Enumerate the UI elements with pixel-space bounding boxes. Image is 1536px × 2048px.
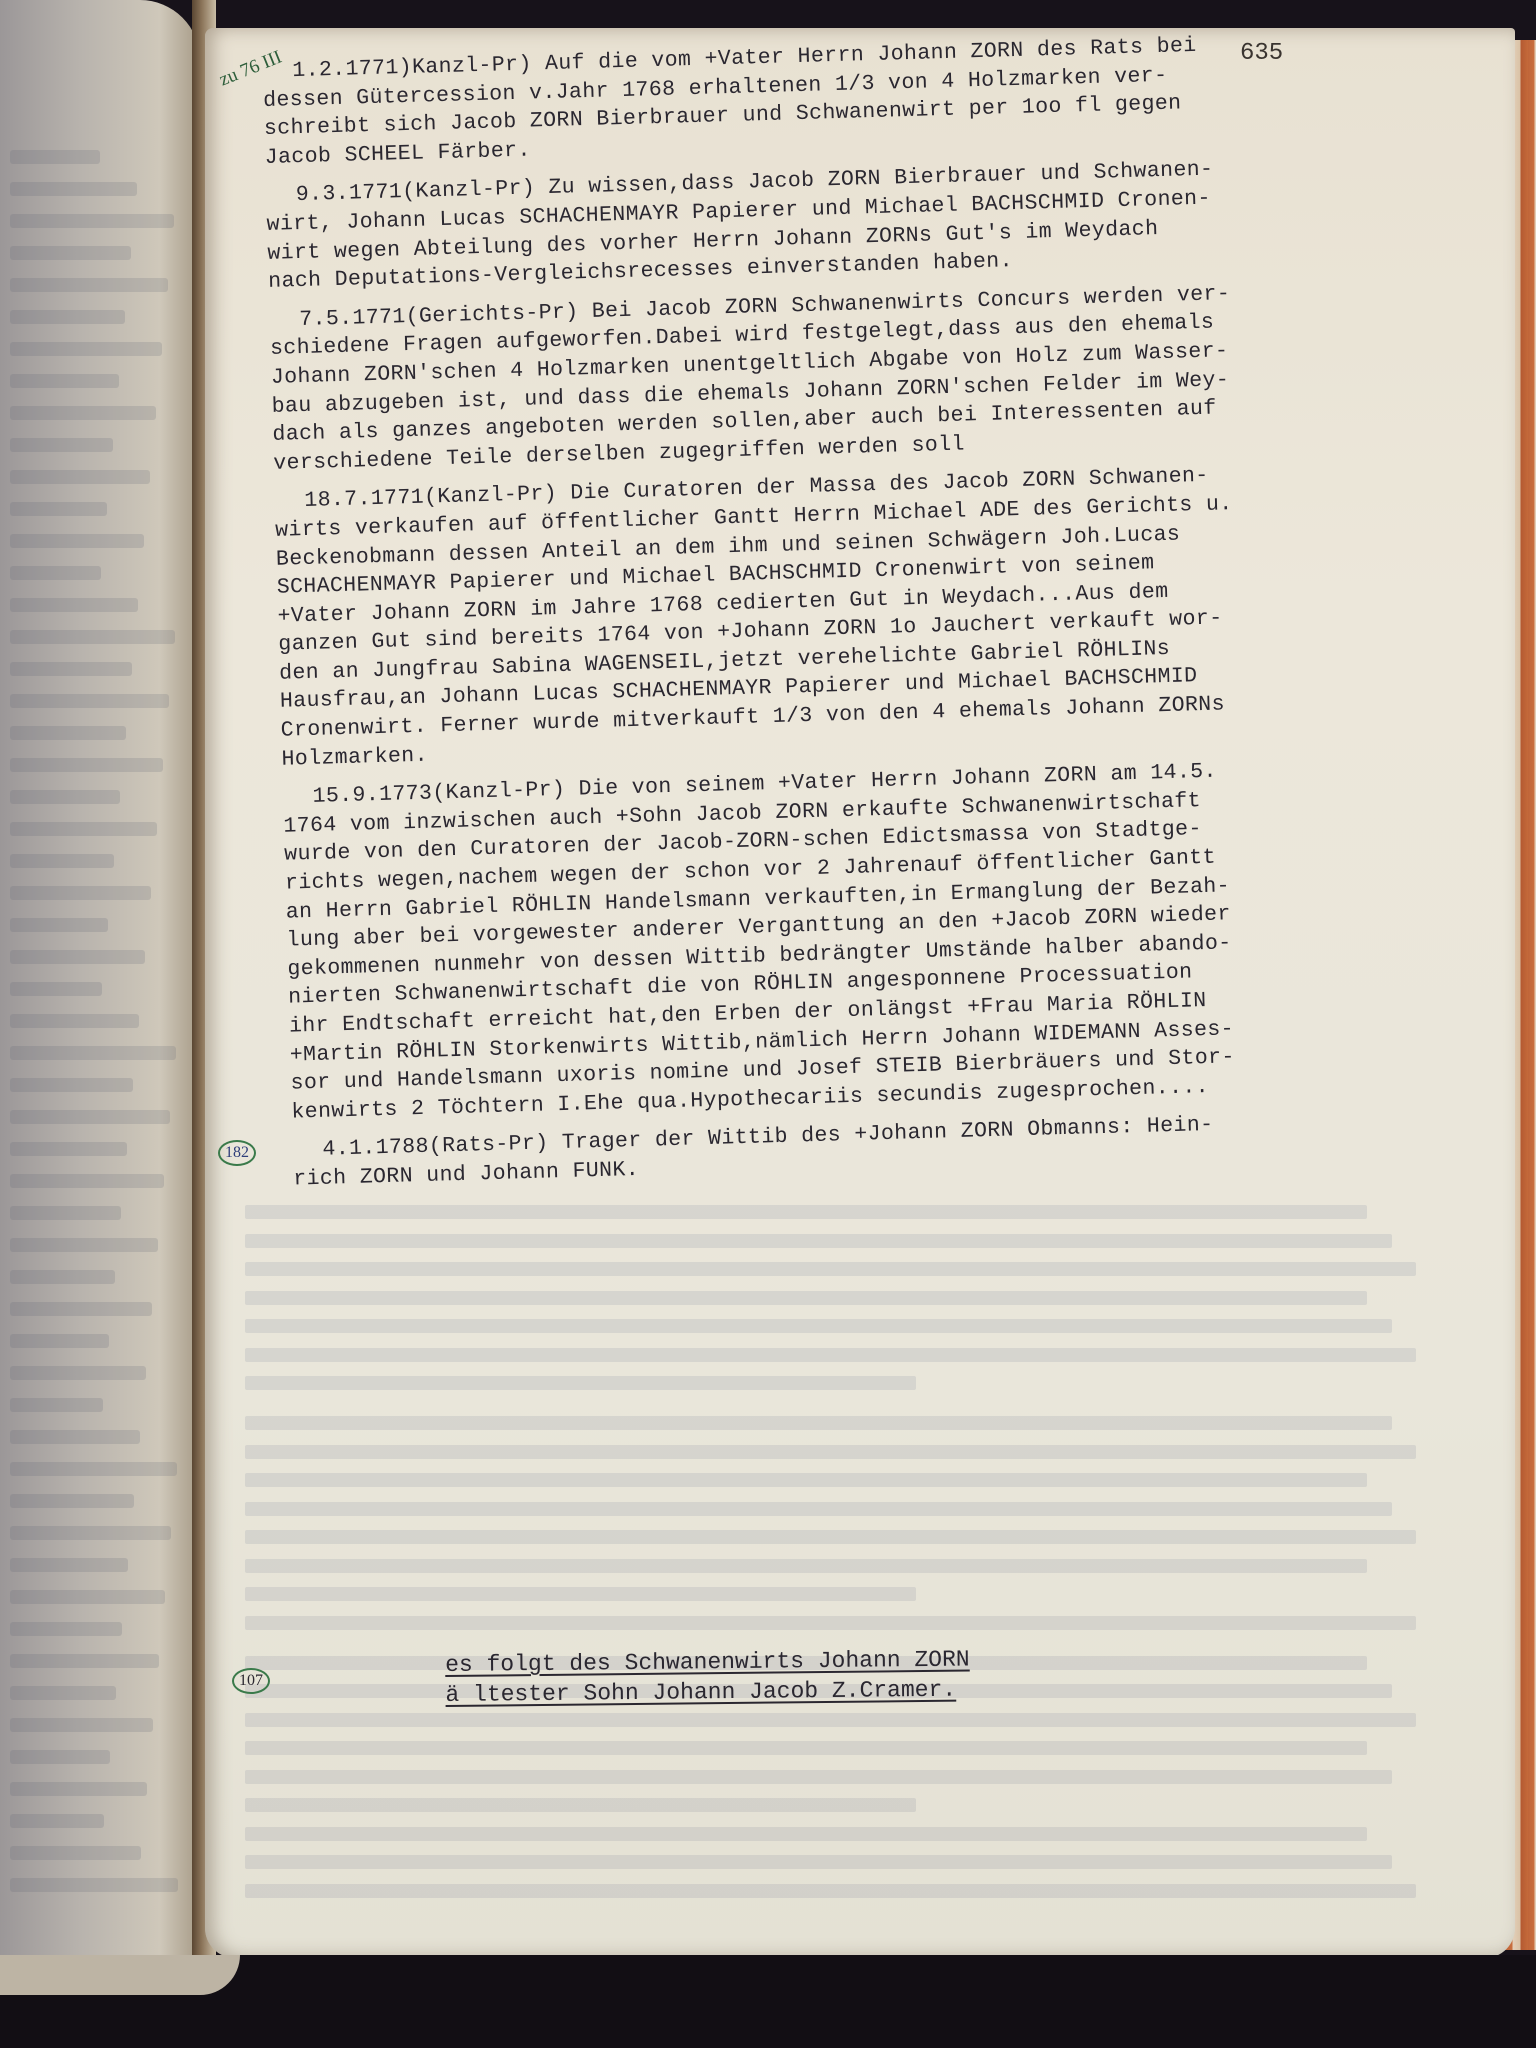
footer-line: ä ltester Sohn Johann Jacob Z.Cramer. bbox=[445, 1675, 970, 1710]
record-entry: 9.3.1771(Kanzl-Pr) Zu wissen,dass Jacob … bbox=[265, 149, 1448, 296]
margin-circle-note: 107 bbox=[232, 1668, 270, 1694]
typewritten-entries: 1.2.1771)Kanzl-Pr) Auf die vom +Vater He… bbox=[262, 25, 1474, 1204]
bleed-through-text bbox=[245, 1205, 1465, 1905]
record-entry: 7.5.1771(Gerichts-Pr) Bei Jacob ZORN Sch… bbox=[269, 274, 1453, 478]
record-entry: 18.7.1771(Kanzl-Pr) Die Curatoren der Ma… bbox=[274, 455, 1462, 774]
left-facing-page bbox=[0, 0, 200, 1975]
left-page-curl bbox=[0, 1955, 240, 1995]
continuation-note: es folgt des Schwanenwirts Johann ZORN ä… bbox=[445, 1645, 970, 1710]
record-entry: 15.9.1773(Kanzl-Pr) Die von seinem +Vate… bbox=[282, 751, 1471, 1127]
margin-circle-note: 182 bbox=[218, 1140, 256, 1166]
